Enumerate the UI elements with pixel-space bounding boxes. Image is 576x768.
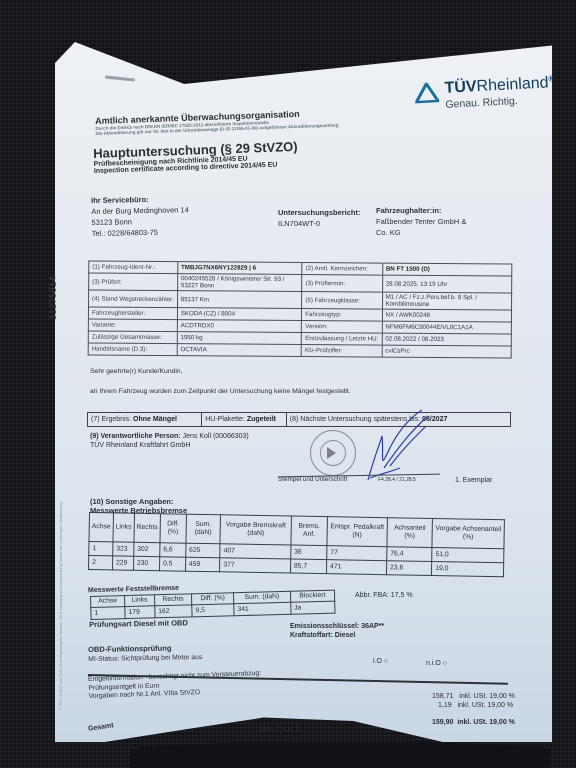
- vehicle-field-label: Version:: [302, 321, 382, 334]
- official-stamp: [310, 430, 356, 476]
- table-cell: 1: [89, 542, 113, 556]
- background-fabric: [130, 742, 550, 768]
- inspection-certificate: 31275014 © TÜV, TUEV und TUV sind einget…: [0, 0, 576, 768]
- table-cell: 36: [291, 545, 327, 560]
- report-label: Untersuchungsbericht:: [278, 208, 361, 217]
- table-cell: 230: [133, 556, 159, 570]
- report-info: Untersuchungsbericht: ILN704WT-0: [278, 207, 361, 229]
- table-cell: 459: [185, 557, 220, 572]
- vehicle-field-label: Erstzulassung / Letzte HU:: [302, 333, 382, 346]
- table-cell: 323: [113, 542, 134, 556]
- heading-block: Hauptuntersuchung (§ 29 StVZO) Prüfbesch…: [93, 139, 298, 175]
- vehicle-field-value: NFM6FM6C90044E/VL0C1A1A: [382, 321, 512, 334]
- responsible-name: Jens Koll (00066303): [183, 433, 249, 440]
- radio-circle-icon: ○: [384, 658, 388, 665]
- greeting: Sehr geehrte(r) Kunde/Kundin,: [90, 368, 183, 375]
- vehicle-field-label: Zulässige Gesamtmasse:: [88, 331, 177, 344]
- fee-total-amount: 159,90 inkl. USt. 19,00 %: [432, 719, 515, 726]
- handwritten-signature: [360, 408, 430, 483]
- result-message: an Ihrem Fahrzeug wurden zum Zeitpunkt d…: [90, 388, 351, 395]
- vehicle-field-label: (5) Fahrzeugklasse:: [302, 292, 382, 310]
- vehicle-data-table: (1) Fahrzeug-Ident-Nr.:TMBJG7NX6NY122829…: [88, 261, 513, 359]
- page-indicator: Seite 1 von 2: [258, 726, 299, 733]
- test-type: Prüfungsart Diesel mit OBD: [89, 618, 188, 629]
- sticker-cell: HU-Plakette: Zugeteilt: [202, 413, 287, 427]
- obd-not-ok-option: n.i.O ○: [426, 660, 447, 667]
- brand-slogan: Genau. Richtig.: [445, 95, 518, 111]
- table-row: Handelsname (D.3):OCTAVIAKfz-Prüfziffer:…: [88, 343, 511, 358]
- vehicle-field-value: 0040245528 / Königswinterer Str. 93 / 53…: [177, 274, 302, 292]
- service-brake-table: AchseLinksRechtsDiff. (%)Sum. (daN)Vorga…: [88, 512, 505, 577]
- table-cell: 77: [327, 546, 387, 561]
- table-cell: 471: [326, 560, 386, 575]
- holder-line-1: Faßbender Tenter GmbH &: [376, 217, 466, 226]
- column-header: Brems. Anf.: [291, 516, 328, 546]
- column-header: Achse: [91, 596, 125, 608]
- table-cell: 341: [234, 602, 291, 615]
- vehicle-field-label: (3) Prüftermin:: [302, 275, 382, 293]
- triangle-logo-icon: [414, 82, 439, 103]
- vehicle-field-label: (4) Stand Wegstreckenzähler:: [89, 290, 178, 308]
- table-cell: 179: [125, 606, 155, 619]
- table-cell: 377: [220, 558, 291, 573]
- emission-key: Emissionsschlüssel: 36AP**: [290, 622, 384, 631]
- table-cell: 407: [220, 544, 291, 559]
- column-header: Vorgabe Achsenanteil (%): [432, 518, 504, 548]
- column-header: Vorgabe Bremskraft (daN): [220, 515, 291, 545]
- tuv-rheinland-logo: TÜVRheinland® Genau. Richtig.: [414, 73, 546, 118]
- signature-label: Stempel und Unterschrift: [278, 476, 347, 483]
- vehicle-field-value: 85137 Km: [177, 291, 302, 309]
- vehicle-field-label: Fahrzeughersteller:: [88, 307, 177, 320]
- service-office-phone: Tel.: 0228/64803-75: [92, 228, 158, 238]
- vehicle-field-label: Handelsname (D.3):: [88, 343, 177, 356]
- vehicle-field-value: 28.08.2025, 13:19 Uhr: [382, 275, 512, 293]
- service-office-street: An der Burg Medinghoven 14: [91, 205, 189, 216]
- exemplar-label: 1. Exemplar: [455, 477, 492, 484]
- fee-line-1-amount: 158,71 inkl. USt. 19,00 %: [432, 693, 515, 700]
- fee-information: Entgeltinformation - berechtigt nicht zu…: [88, 670, 262, 702]
- brand-name: TÜVRheinland®: [444, 74, 555, 98]
- column-header: Achse: [89, 513, 113, 542]
- column-header: Rechts: [134, 513, 161, 542]
- obd-status: MI-Status: Sichtprüfung bei Motor aus: [88, 654, 202, 663]
- column-header: Diff. (%): [160, 514, 186, 543]
- result-table: (7) Ergebnis: Ohne Mängel HU-Plakette: Z…: [87, 412, 511, 427]
- emission-info: Emissionsschlüssel: 36AP** Kraftstoffart…: [290, 622, 384, 640]
- vehicle-field-value: SKODA (CZ) / 8004: [177, 308, 302, 321]
- fuel-type: Kraftstoffart: Diesel: [290, 631, 384, 640]
- vehicle-field-label: (1) Fahrzeug-Ident-Nr.:: [89, 261, 178, 274]
- column-header: Achsanteil (%): [387, 518, 433, 548]
- vehicle-field-label: (3) Prüfort:: [89, 273, 178, 291]
- table-cell: 76,4: [387, 547, 432, 562]
- service-office-label: Ihr Servicebüro:: [91, 195, 149, 205]
- document-number: 31275014: [48, 276, 58, 320]
- vehicle-field-label: (2) Amtl. Kennzeichen:: [302, 263, 382, 276]
- table-cell: 302: [133, 542, 159, 556]
- table-cell: 229: [112, 556, 133, 570]
- parking-brake-table: AchseLinksRechtsDiff. (%)Sum. (daN)Block…: [90, 590, 336, 620]
- table-cell: 625: [185, 543, 220, 558]
- vehicle-field-value: M1 / AC / Fz.z.Pers.bef.b. 8 Spl. / Komb…: [382, 292, 512, 310]
- holder-label: Fahrzeughalter:in:: [376, 206, 441, 215]
- vehicle-field-label: Variante:: [88, 319, 177, 332]
- organization-block: Amtlich anerkannte Überwachungsorganisat…: [95, 108, 339, 136]
- staple-mark: [105, 75, 135, 81]
- table-cell: 85,7: [290, 559, 326, 574]
- vehicle-holder: Fahrzeughalter:in: Faßbender Tenter GmbH…: [376, 205, 466, 238]
- responsible-person: (9) Verantwortliche Person: Jens Koll (0…: [90, 432, 249, 450]
- report-number: ILN704WT-0: [278, 219, 320, 228]
- vehicle-field-value: TMBJG7NX6NY122829 | 6: [177, 262, 302, 275]
- vehicle-field-value: 02.08.2022 / 08.2023: [382, 333, 512, 346]
- table-cell: 51,0: [432, 547, 504, 562]
- vehicle-field-value: 1950 kg: [177, 332, 302, 345]
- obd-check: OBD-Funktionsprüfung MI-Status: Sichtprü…: [88, 643, 202, 664]
- fee-total-label: Gesamt: [88, 722, 114, 733]
- obd-title: OBD-Funktionsprüfung: [88, 643, 202, 654]
- stamp-play-icon: [327, 447, 336, 459]
- table-cell: 6,6: [160, 543, 186, 557]
- signature-code: F4.28.4 / 21.28.5: [378, 477, 416, 483]
- column-header: Links: [113, 513, 134, 542]
- column-header: Sum. (daN): [186, 514, 221, 544]
- vehicle-field-label: Kfz-Prüfziffer:: [301, 345, 381, 358]
- table-cell: 9,5: [192, 604, 234, 617]
- table-cell: 0,5: [159, 557, 185, 571]
- table-cell: Ja: [290, 601, 335, 614]
- result-cell: (7) Ergebnis: Ohne Mängel: [88, 413, 202, 427]
- margin-legal-text: © TÜV, TUEV und TUV sind eingetragene Ma…: [58, 500, 63, 710]
- vehicle-field-value: ACDTRDX0: [177, 320, 302, 333]
- table-cell: 23,6: [386, 561, 431, 576]
- column-header: Entspr. Pedalkraft (N): [327, 517, 387, 547]
- radio-circle-icon: ○: [443, 660, 447, 667]
- vehicle-field-value: cvlCsPrc: [382, 345, 512, 358]
- vehicle-field-value: OCTAVIA: [177, 344, 302, 357]
- obd-ok-option: i.O ○: [373, 658, 388, 665]
- service-office-city: 53123 Bonn: [91, 217, 132, 227]
- sticker-value: Zugeteilt: [247, 416, 276, 423]
- vehicle-field-value: BN FT 1500 (D): [382, 263, 512, 276]
- parking-brake-title: Messwerte Feststellbremse: [88, 585, 179, 594]
- result-value: Ohne Mängel: [133, 416, 177, 423]
- column-header: Links: [125, 595, 155, 607]
- holder-line-2: Co. KG: [376, 228, 401, 237]
- table-cell: 19,0: [432, 561, 504, 576]
- table-cell: 2: [88, 556, 112, 570]
- parking-brake-deceleration: Abbr. FBA: 17,5 %: [355, 592, 413, 599]
- table-cell: 1: [91, 607, 125, 620]
- vehicle-field-label: Fahrzeugtyp:: [302, 309, 382, 322]
- service-office: Ihr Servicebüro: An der Burg Medinghoven…: [91, 193, 189, 239]
- fee-line-2-amount: 1,19 inkl. USt. 19,00 %: [438, 702, 513, 709]
- responsible-company: TÜV Rheinland Kraftfahrt GmbH: [90, 442, 190, 449]
- table-cell: 162: [155, 605, 193, 618]
- vehicle-field-value: NX / AWK00248: [382, 309, 512, 322]
